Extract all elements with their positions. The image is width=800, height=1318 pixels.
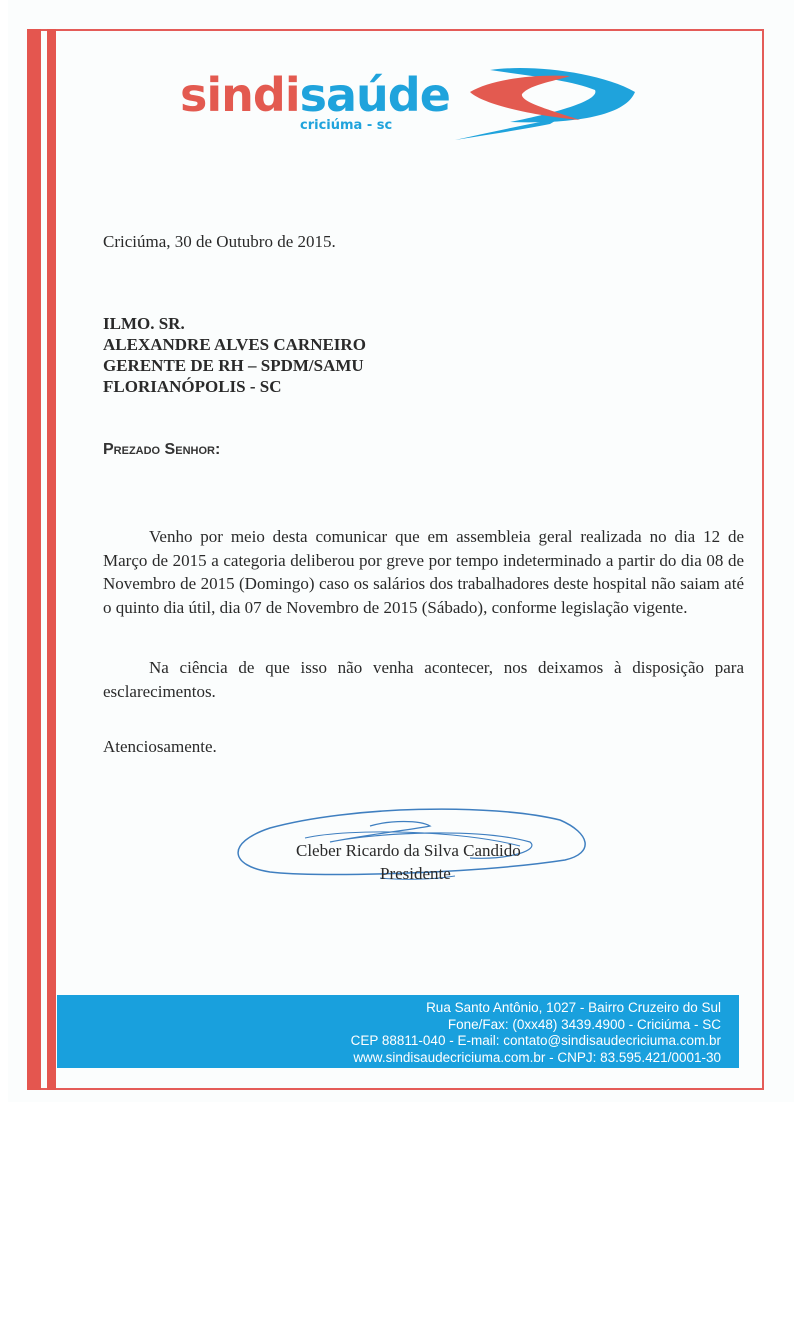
logo-word-saude: saúde — [300, 68, 450, 122]
closing: Atenciosamente. — [103, 735, 217, 758]
recipient-block: ILMO. SR. ALEXANDRE ALVES CARNEIRO GEREN… — [103, 313, 366, 397]
sindisaude-logo: sindisaúde criciúma - sc — [180, 62, 640, 142]
recipient-line: ALEXANDRE ALVES CARNEIRO — [103, 334, 366, 355]
left-border-stripe-outer — [27, 29, 41, 1090]
swoosh-logo-icon — [450, 62, 640, 142]
left-border-stripe-inner — [47, 29, 56, 1090]
footer-email: CEP 88811-040 - E-mail: contato@sindisau… — [57, 1033, 721, 1050]
recipient-line: ILMO. SR. — [103, 313, 366, 334]
logo-subtitle: criciúma - sc — [300, 118, 392, 133]
letter-date: Criciúma, 30 de Outubro de 2015. — [103, 230, 336, 253]
signatory-title: Presidente — [380, 864, 451, 884]
footer-website: www.sindisaudecriciuma.com.br - CNPJ: 83… — [57, 1050, 721, 1067]
signature-block: Cleber Ricardo da Silva Candido Presiden… — [230, 798, 590, 893]
body-paragraph: Venho por meio desta comunicar que em as… — [103, 525, 744, 619]
salutation: Prezado Senhor: — [103, 441, 220, 459]
recipient-line: GERENTE DE RH – SPDM/SAMU — [103, 355, 366, 376]
logo-word-sindi: sindi — [180, 68, 300, 122]
footer-contact-bar: Rua Santo Antônio, 1027 - Bairro Cruzeir… — [57, 995, 739, 1068]
logo-wordmark: sindisaúde — [180, 70, 450, 120]
body-paragraph: Na ciência de que isso não venha acontec… — [103, 656, 744, 703]
recipient-line: FLORIANÓPOLIS - SC — [103, 376, 366, 397]
footer-address: Rua Santo Antônio, 1027 - Bairro Cruzeir… — [57, 1000, 721, 1017]
signatory-name: Cleber Ricardo da Silva Candido — [296, 841, 521, 861]
footer-phone: Fone/Fax: (0xx48) 3439.4900 - Criciúma -… — [57, 1017, 721, 1034]
